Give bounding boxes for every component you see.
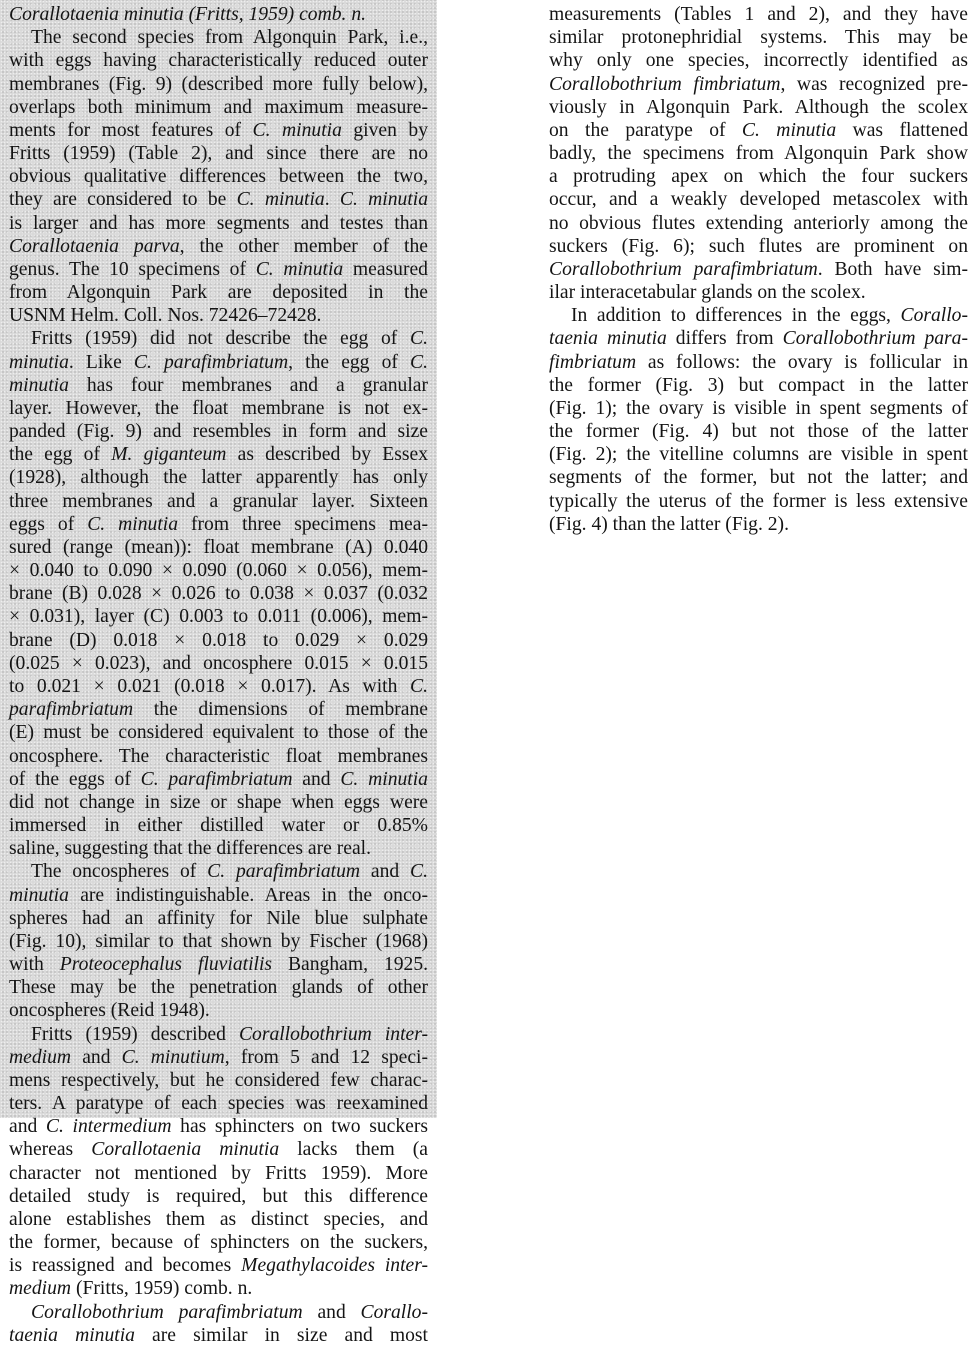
body-text: and — [71, 1047, 122, 1068]
italic-taxon-text: taenia minutia — [549, 328, 667, 349]
body-text: no obvious flutes extending anteriorly a… — [549, 213, 968, 234]
body-text: is reassigned and becomes — [9, 1255, 241, 1276]
section-heading: Corallotaenia minutia (Fritts, 1959) com… — [9, 3, 428, 26]
text-line: with Proteocephalus fluviatilis Bangham,… — [9, 953, 428, 976]
body-text: character not mentioned by Fritts 1959).… — [9, 1163, 428, 1184]
text-line: Corallobothrium fimbriatum, was recogniz… — [549, 73, 968, 96]
text-line: ments for most features of C. minutia gi… — [9, 119, 428, 142]
body-text: × 0.031), layer (C) 0.003 to 0.011 (0.00… — [9, 606, 428, 627]
text-line: the former (Fig. 4) but not those of the… — [549, 420, 968, 443]
italic-taxon-text: Proteocephalus fluviatilis — [60, 954, 272, 975]
body-text: USNM Helm. Coll. Nos. 72426–72428. — [9, 305, 321, 326]
text-line: × 0.031), layer (C) 0.003 to 0.011 (0.00… — [9, 605, 428, 628]
italic-taxon-text: C. minutia — [87, 514, 178, 535]
text-line: viously in Algonquin Park. Although the … — [549, 96, 968, 119]
italic-taxon-text: C. minutia — [256, 259, 344, 280]
body-text: measurements (Tables 1 and 2), and they … — [549, 4, 968, 25]
body-text: as described by Essex — [226, 444, 428, 465]
body-text: (0.025 × 0.023), and oncosphere 0.015 × … — [9, 653, 428, 674]
body-text: ilar interacetabular glands on the scole… — [549, 282, 866, 303]
italic-taxon-text: C. minutia — [253, 120, 342, 141]
body-text: (Fig. 10), similar to that shown by Fisc… — [9, 931, 428, 952]
italic-taxon-text: C. minutia — [340, 769, 428, 790]
italic-taxon-text: minutia — [9, 352, 69, 373]
italic-taxon-text: C. minutia — [237, 189, 325, 210]
body-text: ters. A paratype of each species was ree… — [9, 1093, 428, 1114]
italic-taxon-text: C. — [410, 328, 428, 349]
italic-taxon-text: Corallo- — [901, 305, 969, 326]
italic-taxon-text: minutia — [9, 375, 69, 396]
text-line: the egg of M. giganteum as described by … — [9, 443, 428, 466]
text-line: Corallotaenia parva, the other member of… — [9, 235, 428, 258]
italic-taxon-text: C. — [410, 861, 428, 882]
body-text: ments for most features of — [9, 120, 253, 141]
italic-taxon-text: Corallotaenia minutia — [91, 1139, 279, 1160]
body-text: badly, the specimens from Algonquin Park… — [549, 143, 968, 164]
text-line: from Algonquin Park are deposited in the — [9, 281, 428, 304]
italic-taxon-text: Corallobothrium parafimbriatum — [31, 1302, 303, 1323]
body-text: Fritts (1959) (Table 2), and since there… — [9, 143, 428, 164]
body-text: (Fig. 1); the ovary is visible in spent … — [549, 398, 968, 419]
text-line: Fritts (1959) (Table 2), and since there… — [9, 142, 428, 165]
body-text: . Like — [69, 352, 134, 373]
left-column: Corallotaenia minutia (Fritts, 1959) com… — [9, 3, 428, 1347]
text-line: ters. A paratype of each species was ree… — [9, 1092, 428, 1115]
body-text: why only one species, incorrectly identi… — [549, 50, 968, 71]
text-line: minutia has four membranes and a granula… — [9, 374, 428, 397]
body-text: Bangham, 1925. — [272, 954, 428, 975]
text-line: a protruding apex on which the four suck… — [549, 165, 968, 188]
body-text: with eggs having characteristically redu… — [9, 50, 428, 71]
body-text: eggs of — [9, 514, 87, 535]
text-line: oncosphere. The characteristic float mem… — [9, 745, 428, 768]
body-text: is larger and has more segments and test… — [9, 213, 428, 234]
text-line: alone establishes them as distinct speci… — [9, 1208, 428, 1231]
italic-taxon-text: C. — [410, 676, 428, 697]
italic-taxon-text: C. parafimbriatum — [207, 861, 360, 882]
body-text: are similar in size and most — [135, 1325, 428, 1346]
body-text: obvious qualitative differences between … — [9, 166, 428, 187]
body-text: Fritts (1959) described — [31, 1024, 239, 1045]
body-text: brane (B) 0.028 × 0.026 to 0.038 × 0.037… — [9, 583, 428, 604]
text-line: segments of the former, but not the latt… — [549, 466, 968, 489]
text-line: spheres had an affinity for Nile blue su… — [9, 907, 428, 930]
text-line: three membranes and a granular layer. Si… — [9, 490, 428, 513]
body-text: These may be the penetration glands of o… — [9, 977, 428, 998]
text-line: eggs of C. minutia from three specimens … — [9, 513, 428, 536]
right-column: measurements (Tables 1 and 2), and they … — [549, 3, 968, 536]
italic-taxon-text: C. — [410, 352, 428, 373]
text-line: taenia minutia are similar in size and m… — [9, 1324, 428, 1347]
body-text: detailed study is required, but this dif… — [9, 1186, 428, 1207]
text-line: is larger and has more segments and test… — [9, 212, 428, 235]
body-text: from three specimens mea- — [178, 514, 428, 535]
body-text: oncospheres (Reid 1948). — [9, 1000, 210, 1021]
body-text: typically the uterus of the former is le… — [549, 491, 968, 512]
body-text: to 0.021 × 0.021 (0.018 × 0.017). As wit… — [9, 676, 410, 697]
text-line: (E) must be considered equivalent to tho… — [9, 721, 428, 744]
body-text: The second species from Algonquin Park, … — [31, 27, 428, 48]
body-text: with — [9, 954, 60, 975]
text-line: Corallobothrium parafimbriatum and Coral… — [9, 1301, 428, 1324]
body-text: , from 5 and 12 speci- — [225, 1047, 428, 1068]
text-line: did not change in size or shape when egg… — [9, 791, 428, 814]
body-text: (Fig. 4) than the latter (Fig. 2). — [549, 514, 789, 535]
text-line: (Fig. 1); the ovary is visible in spent … — [549, 397, 968, 420]
body-text: three membranes and a granular layer. Si… — [9, 491, 428, 512]
text-line: saline, suggesting that the differences … — [9, 837, 428, 860]
text-line: (0.025 × 0.023), and oncosphere 0.015 × … — [9, 652, 428, 675]
text-line: Corallobothrium parafimbriatum. Both hav… — [549, 258, 968, 281]
body-text: was flattened — [836, 120, 968, 141]
text-line: obvious qualitative differences between … — [9, 165, 428, 188]
body-text: brane (D) 0.018 × 0.018 to 0.029 × 0.029 — [9, 630, 428, 651]
text-line: mens respectively, but he considered few… — [9, 1069, 428, 1092]
italic-taxon-text: M. giganteum — [111, 444, 226, 465]
text-line: (1928), although the latter apparently h… — [9, 466, 428, 489]
text-line: fimbriatum as follows: the ovary is foll… — [549, 351, 968, 374]
text-line: immersed in either distilled water or 0.… — [9, 814, 428, 837]
text-line: Fritts (1959) described Corallobothrium … — [9, 1023, 428, 1046]
text-line: Fritts (1959) did not describe the egg o… — [9, 327, 428, 350]
text-line: USNM Helm. Coll. Nos. 72426–72428. — [9, 304, 428, 327]
italic-taxon-text: Corallo- — [361, 1302, 429, 1323]
italic-taxon-text: C. minutia — [340, 189, 428, 210]
left-column-body: The second species from Algonquin Park, … — [9, 26, 428, 1347]
text-line: brane (B) 0.028 × 0.026 to 0.038 × 0.037… — [9, 582, 428, 605]
body-text: lacks them (a — [279, 1139, 428, 1160]
text-line: (Fig. 10), similar to that shown by Fisc… — [9, 930, 428, 953]
text-line: minutia are indistinguishable. Areas in … — [9, 884, 428, 907]
body-text: × 0.040 to 0.090 × 0.090 (0.060 × 0.056)… — [9, 560, 428, 581]
body-text: occur, and a weakly developed metascolex… — [549, 189, 968, 210]
text-line: brane (D) 0.018 × 0.018 to 0.029 × 0.029 — [9, 629, 428, 652]
text-line: The oncospheres of C. parafimbriatum and… — [9, 860, 428, 883]
text-line: and C. intermedium has sphincters on two… — [9, 1115, 428, 1138]
text-line: measurements (Tables 1 and 2), and they … — [549, 3, 968, 26]
body-text: oncosphere. The characteristic float mem… — [9, 746, 428, 767]
body-text: layer. However, the float membrane is no… — [9, 398, 428, 419]
body-text: and — [9, 1116, 46, 1137]
body-text: similar protonephridial systems. This ma… — [549, 27, 968, 48]
text-line: is reassigned and becomes Megathylacoide… — [9, 1254, 428, 1277]
body-text: given by — [342, 120, 428, 141]
body-text: , the other member of the — [180, 236, 428, 257]
italic-taxon-text: medium — [9, 1278, 71, 1299]
body-text: . Both have sim- — [818, 259, 968, 280]
text-line: badly, the specimens from Algonquin Park… — [549, 142, 968, 165]
body-text: they are considered to be — [9, 189, 237, 210]
text-line: oncospheres (Reid 1948). — [9, 999, 428, 1022]
body-text: mens respectively, but he considered few… — [9, 1070, 428, 1091]
body-text: as follows: the ovary is follicular in — [636, 352, 968, 373]
text-line: with eggs having characteristically redu… — [9, 49, 428, 72]
text-line: The second species from Algonquin Park, … — [9, 26, 428, 49]
italic-taxon-text: Corallobothrium inter- — [239, 1024, 428, 1045]
text-line: character not mentioned by Fritts 1959).… — [9, 1162, 428, 1185]
italic-taxon-text: C. parafimbriatum — [141, 769, 293, 790]
body-text: (1928), although the latter apparently h… — [9, 467, 428, 488]
body-text: whereas — [9, 1139, 91, 1160]
text-line: genus. The 10 specimens of C. minutia me… — [9, 258, 428, 281]
text-line: similar protonephridial systems. This ma… — [549, 26, 968, 49]
text-line: why only one species, incorrectly identi… — [549, 49, 968, 72]
text-line: the former (Fig. 3) but compact in the l… — [549, 374, 968, 397]
text-line: × 0.040 to 0.090 × 0.090 (0.060 × 0.056)… — [9, 559, 428, 582]
italic-taxon-text: C. parafimbriatum — [134, 352, 288, 373]
text-line: taenia minutia differs from Corallobothr… — [549, 327, 968, 350]
text-line: These may be the penetration glands of o… — [9, 976, 428, 999]
body-text: panded (Fig. 9) and resembles in form an… — [9, 421, 428, 442]
text-line: detailed study is required, but this dif… — [9, 1185, 428, 1208]
body-text: on the paratype of — [549, 120, 742, 141]
italic-taxon-text: fimbriatum — [549, 352, 636, 373]
italic-taxon-text: taenia minutia — [9, 1325, 135, 1346]
body-text: from Algonquin Park are deposited in the — [9, 282, 428, 303]
body-text: . — [325, 189, 340, 210]
body-text: saline, suggesting that the differences … — [9, 838, 371, 859]
text-line: ilar interacetabular glands on the scole… — [549, 281, 968, 304]
italic-taxon-text: Corallobothrium fimbriatum — [549, 74, 780, 95]
body-text: suckers (Fig. 6); such flutes are promin… — [549, 236, 968, 257]
text-line: suckers (Fig. 6); such flutes are promin… — [549, 235, 968, 258]
body-text: overlaps both minimum and maximum measur… — [9, 97, 428, 118]
italic-taxon-text: medium — [9, 1047, 71, 1068]
text-line: of the eggs of C. parafimbriatum and C. … — [9, 768, 428, 791]
body-text: spheres had an affinity for Nile blue su… — [9, 908, 428, 929]
body-text: , the egg of — [288, 352, 410, 373]
body-text: measured — [343, 259, 428, 280]
italic-taxon-text: parafimbriatum — [9, 699, 133, 720]
text-line: typically the uterus of the former is le… — [549, 490, 968, 513]
text-line: medium (Fritts, 1959) comb. n. — [9, 1277, 428, 1300]
text-line: panded (Fig. 9) and resembles in form an… — [9, 420, 428, 443]
body-text: (E) must be considered equivalent to tho… — [9, 722, 428, 743]
body-text: the dimensions of membrane — [133, 699, 428, 720]
heading-authority: (Fritts, 1959) comb. n. — [184, 4, 366, 25]
text-line: to 0.021 × 0.021 (0.018 × 0.017). As wit… — [9, 675, 428, 698]
body-text: the former (Fig. 3) but compact in the l… — [549, 375, 968, 396]
body-text: The oncospheres of — [31, 861, 207, 882]
body-text: Fritts (1959) did not describe the egg o… — [31, 328, 410, 349]
body-text: of the eggs of — [9, 769, 141, 790]
body-text: are indistinguishable. Areas in the onco… — [69, 885, 428, 906]
body-text: differs from — [667, 328, 783, 349]
body-text: membranes (Fig. 9) (described more fully… — [9, 74, 428, 95]
body-text: has four membranes and a granular — [69, 375, 428, 396]
italic-taxon-text: C. minutium — [122, 1047, 225, 1068]
body-text: genus. The 10 specimens of — [9, 259, 256, 280]
body-text: a protruding apex on which the four suck… — [549, 166, 968, 187]
right-column-body: measurements (Tables 1 and 2), and they … — [549, 3, 968, 536]
text-line: they are considered to be C. minutia. C.… — [9, 188, 428, 211]
body-text: did not change in size or shape when egg… — [9, 792, 428, 813]
text-line: sured (range (mean)): float membrane (A)… — [9, 536, 428, 559]
text-line: layer. However, the float membrane is no… — [9, 397, 428, 420]
text-line: parafimbriatum the dimensions of membran… — [9, 698, 428, 721]
body-text: viously in Algonquin Park. Although the … — [549, 97, 968, 118]
body-text: and — [360, 861, 410, 882]
text-line: (Fig. 4) than the latter (Fig. 2). — [549, 513, 968, 536]
body-text: immersed in either distilled water or 0.… — [9, 815, 428, 836]
italic-taxon-text: C. minutia — [742, 120, 836, 141]
text-line: occur, and a weakly developed metascolex… — [549, 188, 968, 211]
text-line: whereas Corallotaenia minutia lacks them… — [9, 1138, 428, 1161]
text-line: overlaps both minimum and maximum measur… — [9, 96, 428, 119]
text-line: In addition to differences in the eggs, … — [549, 304, 968, 327]
body-text: and — [303, 1302, 361, 1323]
body-text: the former (Fig. 4) but not those of the… — [549, 421, 968, 442]
italic-taxon-text: C. intermedium — [46, 1116, 172, 1137]
italic-taxon-text: Corallotaenia parva — [9, 236, 180, 257]
text-line: on the paratype of C. minutia was flatte… — [549, 119, 968, 142]
text-line: minutia. Like C. parafimbriatum, the egg… — [9, 351, 428, 374]
body-text: (Fig. 2); the vitelline columns are visi… — [549, 444, 968, 465]
body-text: In addition to differences in the eggs, — [571, 305, 901, 326]
text-line: membranes (Fig. 9) (described more fully… — [9, 73, 428, 96]
text-line: no obvious flutes extending anteriorly a… — [549, 212, 968, 235]
text-line: (Fig. 2); the vitelline columns are visi… — [549, 443, 968, 466]
italic-taxon-text: Corallobothrium parafimbriatum — [549, 259, 818, 280]
text-line: the former, because of sphincters on the… — [9, 1231, 428, 1254]
italic-taxon-text: Megathylacoides inter- — [241, 1255, 428, 1276]
heading-taxon: Corallotaenia minutia — [9, 4, 184, 25]
body-text: alone establishes them as distinct speci… — [9, 1209, 428, 1230]
body-text: the former, because of sphincters on the… — [9, 1232, 428, 1253]
italic-taxon-text: minutia — [9, 885, 69, 906]
body-text: sured (range (mean)): float membrane (A)… — [9, 537, 428, 558]
italic-taxon-text: Corallobothrium para- — [783, 328, 968, 349]
body-text: (Fritts, 1959) comb. n. — [71, 1278, 252, 1299]
body-text: the egg of — [9, 444, 111, 465]
body-text: , was recognized pre- — [780, 74, 968, 95]
text-line: medium and C. minutium, from 5 and 12 sp… — [9, 1046, 428, 1069]
body-text: segments of the former, but not the latt… — [549, 467, 968, 488]
body-text: and — [293, 769, 341, 790]
body-text: has sphincters on two suckers — [172, 1116, 428, 1137]
